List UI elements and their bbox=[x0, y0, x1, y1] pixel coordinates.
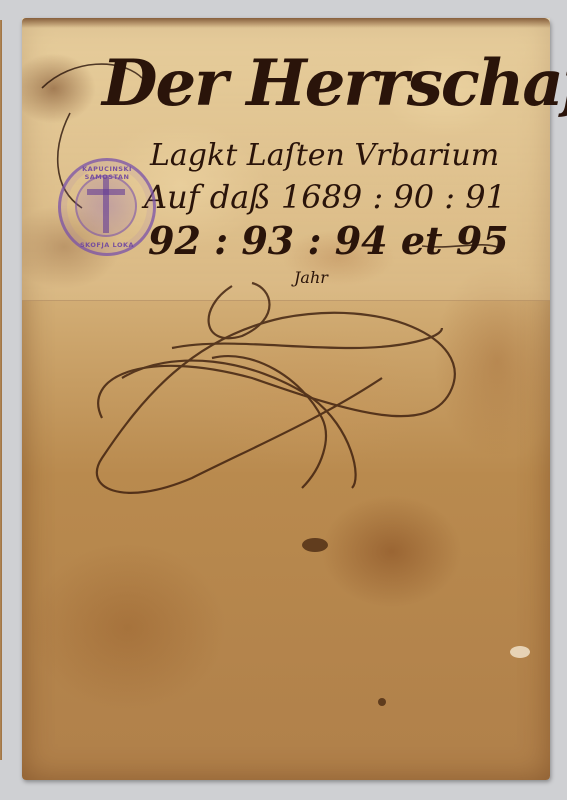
torn-spine-edge bbox=[0, 20, 2, 760]
manuscript-title: Der Herrschafft bbox=[102, 46, 567, 121]
stamp-top-text: KAPUCINSKI SAMOSTAN bbox=[61, 165, 153, 181]
manuscript-line-1: Lagkt Laſten Vrbarium bbox=[150, 138, 499, 173]
manuscript-cover: Der Herrschafft Lagkt Laſten Vrbarium Au… bbox=[22, 18, 550, 780]
manuscript-line-2: Auf daß 1689 : 90 : 91 bbox=[144, 178, 506, 216]
calligraphic-flourish bbox=[22, 18, 550, 780]
stamp-bottom-text: SKOFJA LOKA bbox=[61, 241, 153, 249]
manuscript-line-4: Jahr bbox=[294, 268, 328, 287]
library-stamp: KAPUCINSKI SAMOSTAN SKOFJA LOKA bbox=[58, 158, 156, 256]
cross-icon bbox=[103, 177, 109, 233]
manuscript-line-3: 92 : 93 : 94 et 95 bbox=[148, 218, 509, 263]
